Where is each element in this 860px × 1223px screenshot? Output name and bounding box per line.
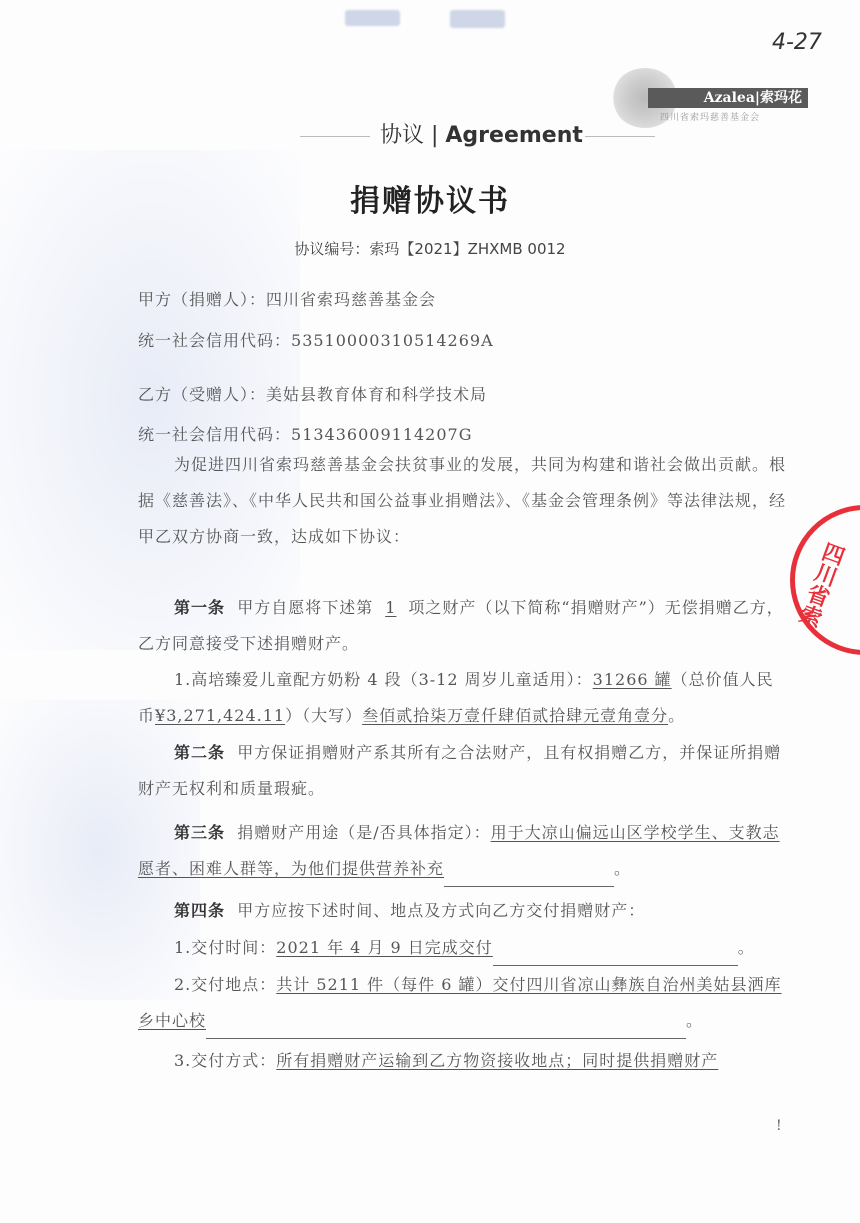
official-seal: 四川省索	[790, 505, 860, 655]
article-label: 第四条	[174, 901, 225, 920]
donation-item: 1.高培臻爱儿童配方奶粉 4 段（3-12 周岁儿童适用）：31266 罐（总价…	[138, 662, 786, 734]
period: 。	[668, 706, 685, 725]
credit-code-value: 513436009114207G	[291, 425, 472, 444]
article-text: 项之财产（以下简称“捐赠财产”）无偿捐赠乙方，乙方同意接受下述捐赠财产。	[138, 598, 784, 653]
header-divider-right	[585, 136, 655, 137]
credit-code-value: 53510000310514269A	[291, 331, 494, 350]
period: 。	[614, 859, 631, 878]
document-type: 协议 | Agreement	[380, 118, 583, 149]
preamble: 为促进四川省索玛慈善基金会扶贫事业的发展，共同为构建和谐社会做出贡献。根据《慈善…	[138, 447, 786, 555]
credit-code-label: 统一社会信用代码：	[138, 331, 291, 350]
foundation-logo: Azalea|索玛花 四川省索玛慈善基金会	[612, 68, 822, 130]
party-a: 甲方（捐赠人）：四川省索玛慈善基金会	[138, 287, 436, 310]
credit-code-label: 统一社会信用代码：	[138, 425, 291, 444]
article-label: 第三条	[174, 823, 225, 842]
party-a-credit-code: 统一社会信用代码：53510000310514269A	[138, 328, 494, 351]
document-title: 捐赠协议书	[0, 176, 860, 220]
period: 。	[686, 1011, 703, 1030]
delivery-time: 1.交付时间：2021 年 4 月 9 日完成交付。	[138, 930, 786, 966]
article-2: 第二条 甲方保证捐赠财产系其所有之合法财产，且有权捐赠乙方，并保证所捐赠财产无权…	[138, 735, 786, 807]
agreement-number: 协议编号：索玛【2021】ZHXMB 0012	[0, 238, 860, 259]
party-b: 乙方（受赠人）：美姑县教育体育和科学技术局	[138, 382, 487, 405]
delivery-method-value: 所有捐赠财产运输到乙方物资接收地点；同时提供捐赠财产	[276, 1051, 718, 1070]
item-value-words-label: ）（大写）	[285, 706, 362, 725]
seal-text: 四川省索	[791, 537, 850, 630]
scan-artifact	[345, 10, 400, 26]
logo-subtitle: 四川省索玛慈善基金会	[660, 110, 760, 123]
handwritten-note: 4-27	[772, 30, 822, 55]
page-mark: !	[776, 1118, 782, 1134]
item-quantity: 31266 罐	[593, 670, 672, 689]
delivery-method: 3.交付方式：所有捐赠财产运输到乙方物资接收地点；同时提供捐赠财产	[138, 1043, 786, 1079]
delivery-place: 2.交付地点：共计 5211 件（每件 6 罐）交付四川省凉山彝族自治州美姑县洒…	[138, 967, 786, 1039]
item-value-words: 叁佰贰拾柒万壹仟肆佰贰拾肆元壹角壹分	[362, 706, 668, 725]
scan-artifact	[450, 10, 505, 28]
article-3: 第三条 捐赠财产用途（是/否具体指定）：用于大凉山偏远山区学校学生、支教志愿者、…	[138, 815, 786, 887]
delivery-time-label: 1.交付时间：	[174, 938, 276, 957]
item-value: ¥3,271,424.11	[155, 706, 285, 725]
delivery-time-value: 2021 年 4 月 9 日完成交付	[276, 938, 493, 957]
item-count: 1	[373, 598, 408, 617]
article-label: 第二条	[174, 743, 225, 762]
preamble-text: 为促进四川省索玛慈善基金会扶贫事业的发展，共同为构建和谐社会做出贡献。根据《慈善…	[138, 455, 786, 546]
article-text: 甲方保证捐赠财产系其所有之合法财产，且有权捐赠乙方，并保证所捐赠财产无权利和质量…	[138, 743, 781, 798]
party-a-name: 四川省索玛慈善基金会	[266, 290, 436, 309]
article-text: 甲方自愿将下述第	[237, 598, 373, 617]
party-b-credit-code: 统一社会信用代码：513436009114207G	[138, 422, 473, 445]
period: 。	[738, 938, 755, 957]
article-label: 第一条	[174, 598, 225, 617]
item-description: 1.高培臻爱儿童配方奶粉 4 段（3-12 周岁儿童适用）：	[174, 670, 593, 689]
article-1: 第一条 甲方自愿将下述第1项之财产（以下简称“捐赠财产”）无偿捐赠乙方，乙方同意…	[138, 590, 786, 662]
party-b-name: 美姑县教育体育和科学技术局	[266, 385, 487, 404]
party-a-label: 甲方（捐赠人）：	[138, 290, 266, 309]
doc-type-en: Agreement	[445, 123, 583, 148]
article-4: 第四条 甲方应按下述时间、地点及方式向乙方交付捐赠财产：	[138, 893, 786, 929]
article-text: 捐赠财产用途（是/否具体指定）：	[237, 823, 490, 842]
party-b-label: 乙方（受赠人）：	[138, 385, 266, 404]
article-text: 甲方应按下述时间、地点及方式向乙方交付捐赠财产：	[237, 901, 645, 920]
doc-type-cn: 协议 |	[380, 123, 438, 148]
header-divider-left	[300, 136, 370, 137]
logo-brand: Azalea|索玛花	[648, 88, 808, 108]
delivery-place-label: 2.交付地点：	[174, 975, 276, 994]
delivery-method-label: 3.交付方式：	[174, 1051, 276, 1070]
